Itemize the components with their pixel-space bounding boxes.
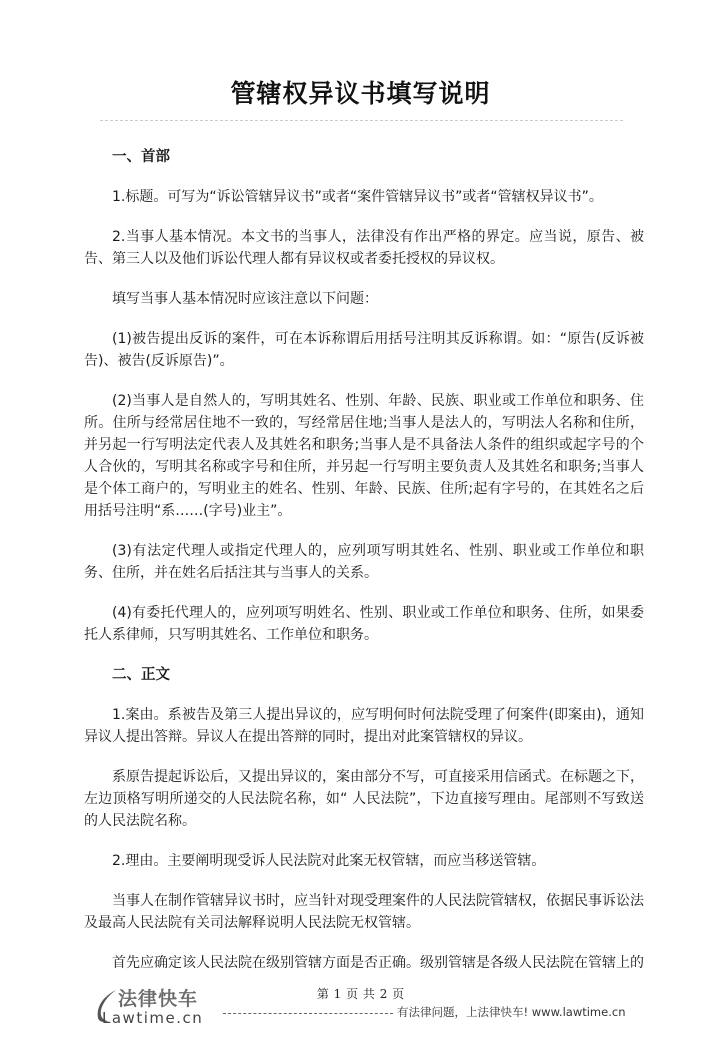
paragraph: (4)有委托代理人的，应列项写明姓名、性别、职业或工作单位和职务、住所，如果委托… [84, 602, 644, 646]
paragraph: 1.案由。系被告及第三人提出异议的，应写明何时何法院受理了何案件(即案由)，通知… [84, 704, 644, 748]
footer-dash-line [223, 1013, 393, 1014]
document-title: 管辖权异议书填写说明 [0, 74, 721, 110]
paragraph: 2.理由。主要阐明现受诉人民法院对此案无权管辖，而应当移送管辖。 [84, 850, 644, 872]
section-heading-header: 一、首部 [84, 146, 644, 168]
page-footer: 法律快车 Lawtime.cn 第 1 页 共 2 页 有法律问题，上法律快车!… [0, 986, 721, 1036]
paragraph: 系原告提起诉讼后，又提出异议的，案由部分不写，可直接采用信函式。在标题之下，左边… [84, 766, 644, 832]
paragraph: 填写当事人基本情况时应该注意以下问题： [84, 288, 644, 310]
paragraph: (1)被告提出反诉的案件，可在本诉称谓后用括号注明其反诉称谓。如：“原告(反诉被… [84, 328, 644, 372]
document-body: 一、首部 1.标题。可写为“诉讼管辖异议书”或者“案件管辖异议书”或者“管辖权异… [84, 146, 644, 974]
paragraph: 首先应确定该人民法院在级别管辖方面是否正确。级别管辖是各级人民法院在管辖上的 [84, 952, 644, 974]
paragraph: (2)当事人是自然人的，写明其姓名、性别、年龄、民族、职业或工作单位和职务、住所… [84, 390, 644, 522]
section-heading-body: 二、正文 [84, 664, 644, 686]
page-indicator: 第 1 页 共 2 页 [0, 985, 721, 1002]
paragraph: 2.当事人基本情况。本文书的当事人，法律没有作出严格的界定。应当说，原告、被告、… [84, 226, 644, 270]
paragraph: 1.标题。可写为“诉讼管辖异议书”或者“案件管辖异议书”或者“管辖权异议书”。 [84, 186, 644, 208]
paragraph: (3)有法定代理人或指定代理人的，应列项写明其姓名、性别、职业或工作单位和职务、… [84, 540, 644, 584]
footer-slogan: 有法律问题，上法律快车! www.lawtime.cn [397, 1004, 625, 1020]
logo-english-text: Lawtime.cn [102, 1009, 203, 1027]
title-divider [100, 120, 623, 121]
paragraph: 当事人在制作管辖异议书时，应当针对现受理案件的人民法院管辖权，依据民事诉讼法及最… [84, 890, 644, 934]
